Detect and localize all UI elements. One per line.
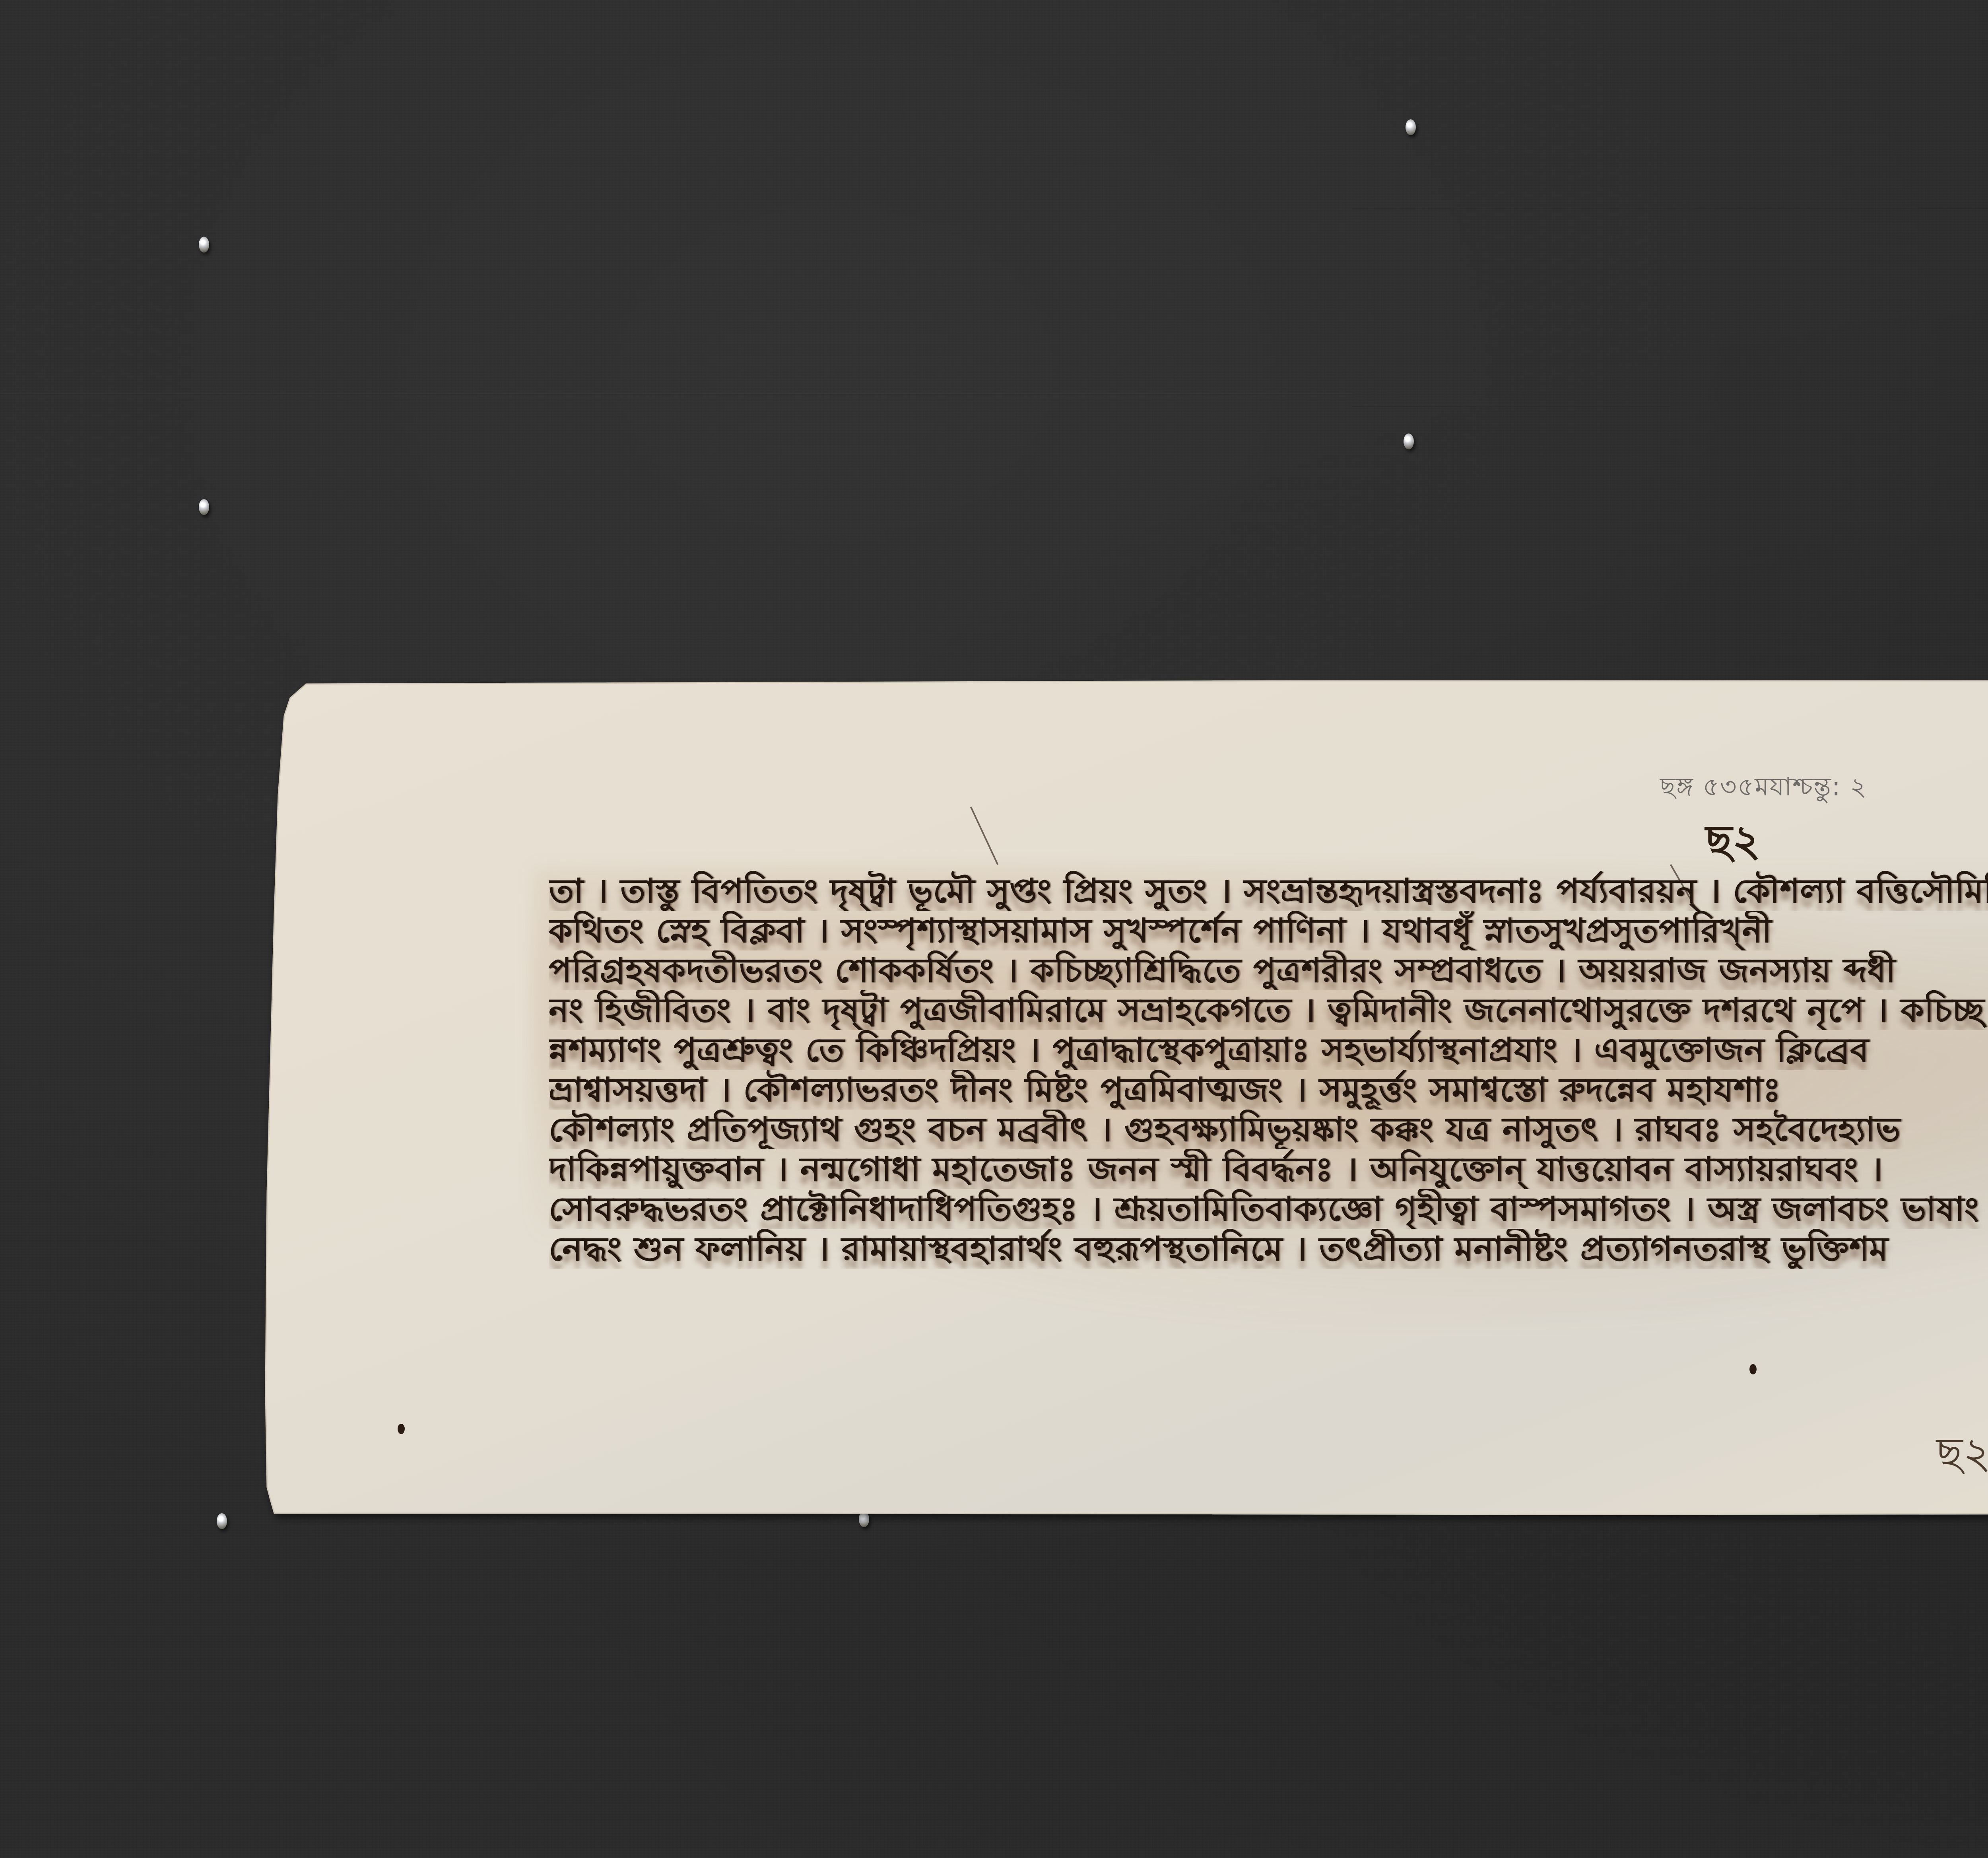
text-line: সোবরুদ্ধভরতং প্রাক্টোনিধাদাধিপতিগুহঃ । শ… xyxy=(549,1189,1988,1229)
text-line: নং হিজীবিতং । বাং দৃষ্ট্বা পুত্রজীবামিরা… xyxy=(549,990,1988,1030)
text-line: ন্নশম্যাণং পুত্রশ্রুত্বং তে কিঞ্চিদপ্রিয… xyxy=(549,1030,1988,1070)
text-line: দাকিন্নপায়ুক্তবান । নন্মগোধা মহাতেজাঃ জ… xyxy=(549,1149,1988,1189)
text-line: ভ্রাশ্বাসয়ত্তদা । কৌশল্যাভরতং দীনং মিষ্… xyxy=(549,1070,1988,1110)
folio-mark-bottom: ছ২° xyxy=(1936,1420,1988,1493)
text-line: তা । তাস্তু বিপতিতং দৃষ্ট্বা ভূমৌ সুপ্তং… xyxy=(549,871,1988,911)
text-line: নেদ্ধং শুন ফলানিয় । রামায়াস্থবহারার্থং… xyxy=(549,1229,1988,1269)
manuscript-leaf: ছঙ্গ ৫৩৫মযাশ্চন্তু: ২ ছ২ তা । তাস্তু বিপ… xyxy=(0,0,1988,1858)
ink-dot xyxy=(1749,1364,1757,1374)
margin-note: ছঙ্গ ৫৩৫মযাশ্চন্তু: ২ xyxy=(1660,768,1868,810)
text-line: কৌশল্যাং প্রতিপূজ্যাথ গুহং বচন মব্রবীৎ ।… xyxy=(549,1110,1988,1149)
manuscript-text: তা । তাস্তু বিপতিতং দৃষ্ট্বা ভূমৌ সুপ্তং… xyxy=(549,871,1988,1269)
ink-dot xyxy=(398,1424,405,1434)
text-line: কথিতং স্নেহ বিক্লবা । সংস্পৃশ্যাস্থাসয়া… xyxy=(549,911,1988,950)
text-line: পরিগ্রহষকদতীভরতং শোককর্ষিতং । কচিচ্ছ্যাশ… xyxy=(549,950,1988,990)
folio-mark-top: ছ২ xyxy=(1706,807,1761,880)
